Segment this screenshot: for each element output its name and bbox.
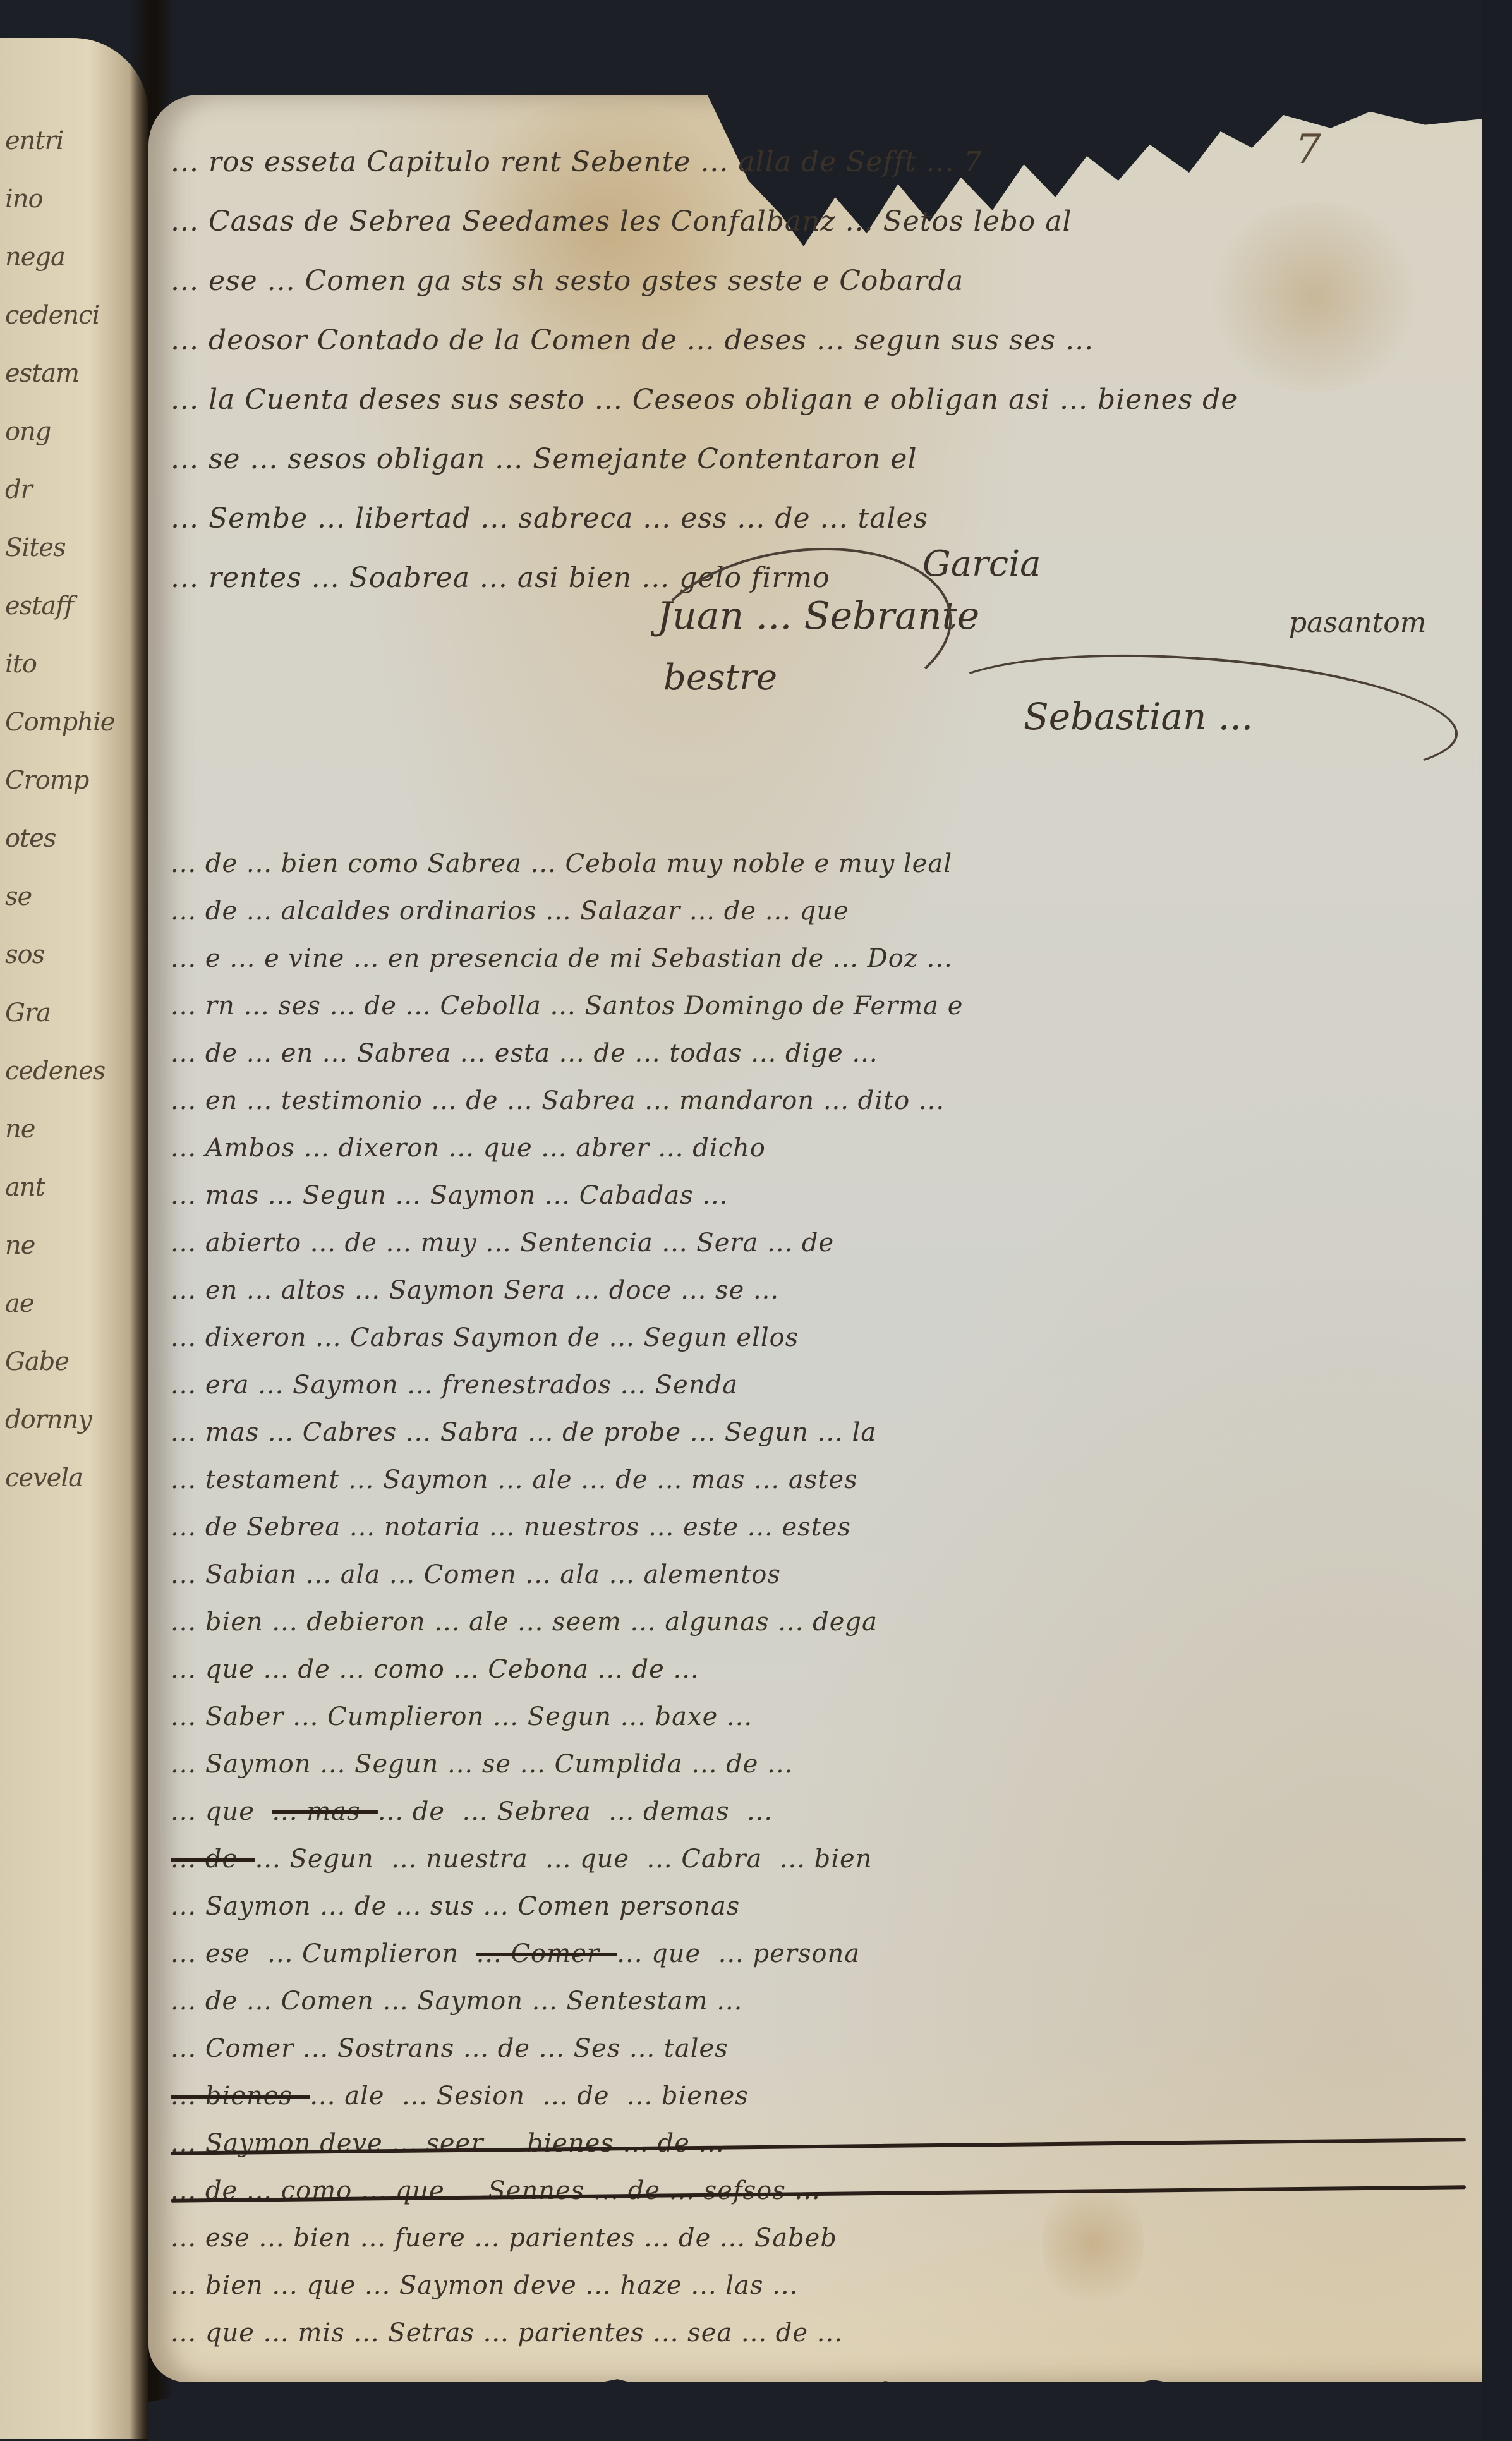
manuscript-word: ... bien xyxy=(780,1844,890,1874)
manuscript-word: ... Comer xyxy=(476,1939,617,1968)
manuscript-line: ... Ambos ... dixeron ... que ... abrer … xyxy=(171,1125,1466,1172)
manuscript-word: ... bienes xyxy=(171,2081,310,2111)
left-page-line: otes xyxy=(5,824,56,853)
manuscript-word: ... Sesion xyxy=(402,2081,543,2111)
manuscript-line: ... Saymon ... Segun ... se ... Cumplida… xyxy=(171,1741,1466,1788)
left-page-line: Cromp xyxy=(5,766,88,795)
manuscript-word: ... Cumplieron xyxy=(267,1939,476,1968)
manuscript-line: ... de ... en ... Sabrea ... esta ... de… xyxy=(171,1030,1466,1077)
manuscript-word: ... nuestra xyxy=(391,1844,545,1874)
manuscript-line: ... de ... Segun ... nuestra ... que ...… xyxy=(171,1836,1466,1883)
manuscript-line: ... ese ... bien ... fuere ... parientes… xyxy=(171,2215,1466,2262)
manuscript-line: ... Casas de Sebrea Seedames les Confalb… xyxy=(171,192,1466,251)
manuscript-line: ... dixeron ... Cabras Saymon de ... Seg… xyxy=(171,1314,1466,1362)
manuscript-word: ... que xyxy=(171,1797,272,1826)
left-page-line: estaff xyxy=(5,591,73,621)
left-page-line: estam xyxy=(5,359,79,388)
manuscript-line: ... mas ... Cabres ... Sabra ... de prob… xyxy=(171,1409,1466,1457)
manuscript-line: ... e ... e vine ... en presencia de mi … xyxy=(171,935,1466,983)
manuscript-line: ... era ... Saymon ... frenestrados ... … xyxy=(171,1362,1466,1409)
left-page-line: ito xyxy=(5,650,37,679)
manuscript-line: ... bien ... debieron ... ale ... seem .… xyxy=(171,1599,1466,1646)
torn-bottom-edge xyxy=(148,2376,1488,2441)
struck-manuscript-line: ... de ... como ... que ... Sennes ... d… xyxy=(171,2167,1466,2215)
manuscript-word: ... mas xyxy=(272,1797,378,1826)
left-page-line: ne xyxy=(5,1115,35,1144)
manuscript-line: ... ros esseta Capitulo rent Sebente ...… xyxy=(171,133,1466,192)
signature-pasantom: pasantom xyxy=(1289,607,1426,639)
manuscript-line: ... se ... sesos obligan ... Semejante C… xyxy=(171,430,1466,489)
manuscript-line: ... Sabian ... ala ... Comen ... ala ...… xyxy=(171,1551,1466,1599)
background-edge xyxy=(1482,0,1512,2441)
manuscript-line: ... que ... mas ... de ... Sebrea ... de… xyxy=(171,1788,1466,1836)
manuscript-word: ... xyxy=(747,1797,790,1826)
manuscript-line: ... en ... testimonio ... de ... Sabrea … xyxy=(171,1077,1466,1125)
left-page-line: nega xyxy=(5,243,65,272)
left-page-line: sos xyxy=(5,940,44,969)
left-page-line: cedenes xyxy=(5,1057,105,1086)
manuscript-word: ... que xyxy=(617,1939,718,1968)
lower-paragraph: ... de ... bien como Sabrea ... Cebola m… xyxy=(171,840,1466,2357)
manuscript-line: ... de ... bien como Sabrea ... Cebola m… xyxy=(171,840,1466,888)
manuscript-word: ... bienes xyxy=(627,2081,766,2111)
left-page-line: dornny xyxy=(5,1405,92,1434)
manuscript-word: ... ese xyxy=(171,1939,267,1968)
manuscript-line: ... mas ... Segun ... Saymon ... Cabadas… xyxy=(171,1172,1466,1220)
manuscript-line: ... Saymon ... de ... sus ... Comen pers… xyxy=(171,1883,1466,1930)
left-page-line: ant xyxy=(5,1173,45,1202)
manuscript-line: ... de ... alcaldes ordinarios ... Salaz… xyxy=(171,888,1466,935)
manuscript-line: ... bien ... que ... Saymon deve ... haz… xyxy=(171,2262,1466,2310)
manuscript-line: ... que ... de ... como ... Cebona ... d… xyxy=(171,1646,1466,1693)
manuscript-word: ... de xyxy=(542,2081,627,2111)
struck-manuscript-line: ... Saymon deve ... seer ... bienes ... … xyxy=(171,2120,1466,2167)
manuscript-word: ... persona xyxy=(718,1939,878,1968)
left-page-line: ae xyxy=(5,1289,34,1318)
left-page-line: dr xyxy=(5,475,32,504)
manuscript-word: ... de xyxy=(171,1844,255,1874)
left-page-line: se xyxy=(5,882,32,911)
manuscript-line: ... Saber ... Cumplieron ... Segun ... b… xyxy=(171,1693,1466,1741)
left-page-line: ne xyxy=(5,1231,35,1260)
manuscript-word: ... que xyxy=(545,1844,646,1874)
left-page-line: ong xyxy=(5,417,51,446)
signature-block: Garcia Juan ... Sebrante pasantom bestre… xyxy=(644,531,1466,796)
manuscript-line: ... Comer ... Sostrans ... de ... Ses ..… xyxy=(171,2025,1466,2073)
left-page-line: ino xyxy=(5,185,43,214)
left-page-line: Sites xyxy=(5,533,65,562)
left-page-line: entri xyxy=(5,126,63,155)
manuscript-word: ... Sebrea xyxy=(463,1797,609,1826)
manuscript-line: ... deosor Contado de la Comen de ... de… xyxy=(171,311,1466,370)
manuscript-line: ... testament ... Saymon ... ale ... de … xyxy=(171,1457,1466,1504)
left-page-line: Comphie xyxy=(5,708,114,737)
manuscript-line: ... ese ... Cumplieron ... Comer ... que… xyxy=(171,1930,1466,1978)
left-page-line: cedenci xyxy=(5,301,99,330)
manuscript-word: ... de xyxy=(378,1797,463,1826)
left-page-line: Gabe xyxy=(5,1347,69,1376)
left-page-line: cevela xyxy=(5,1463,83,1493)
signature-flourish xyxy=(634,529,964,739)
signature-flourish xyxy=(931,639,1461,794)
manuscript-line: ... ese ... Comen ga sts sh sesto gstes … xyxy=(171,251,1466,311)
manuscript-line: ... bienes ... ale ... Sesion ... de ...… xyxy=(171,2073,1466,2120)
manuscript-line: ... abierto ... de ... muy ... Sentencia… xyxy=(171,1220,1466,1267)
left-facing-page: entriinonegacedenciestamongdrSitesestaff… xyxy=(0,38,148,2439)
manuscript-word: ... demas xyxy=(608,1797,747,1826)
manuscript-line: ... en ... altos ... Saymon Sera ... doc… xyxy=(171,1267,1466,1314)
manuscript-line: ... que ... mis ... Setras ... parientes… xyxy=(171,2310,1466,2357)
manuscript-word: ... Cabra xyxy=(646,1844,779,1874)
left-page-line: Gra xyxy=(5,998,51,1027)
manuscript-line: ... la Cuenta deses sus sesto ... Ceseos… xyxy=(171,370,1466,430)
signature-garcia: Garcia xyxy=(922,543,1041,585)
manuscript-line: ... de ... Comen ... Saymon ... Sentesta… xyxy=(171,1978,1466,2025)
manuscript-line: ... de Sebrea ... notaria ... nuestros .… xyxy=(171,1504,1466,1551)
manuscript-word: ... ale xyxy=(310,2081,402,2111)
manuscript-line: ... rn ... ses ... de ... Cebolla ... Sa… xyxy=(171,983,1466,1030)
manuscript-word: ... Segun xyxy=(255,1844,392,1874)
